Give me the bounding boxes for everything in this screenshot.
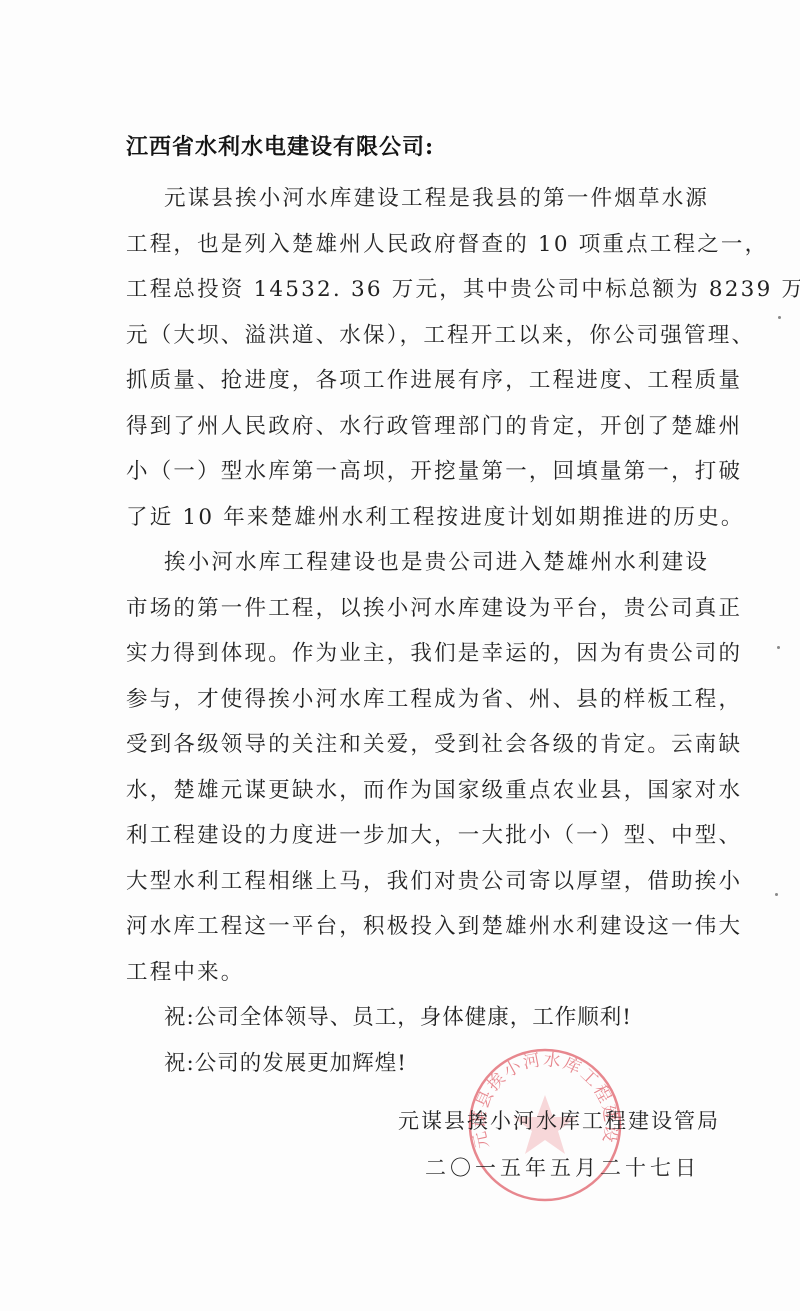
text-line: 小（一）型水库第一高坝，开挖量第一，回填量第一，打破 xyxy=(126,454,742,485)
text-line: 抓质量、抢进度，各项工作进展有序，工程进度、工程质量 xyxy=(126,363,742,394)
scan-speck xyxy=(778,316,781,319)
text-line: 得到了州人民政府、水行政管理部门的肯定，开创了楚雄州 xyxy=(126,409,742,440)
text-line: 大型水利工程相继上马，我们对贵公司寄以厚望，借助挨小 xyxy=(126,864,742,895)
text-line: 参与，才使得挨小河水库工程成为省、州、县的样板工程， xyxy=(126,682,742,713)
signature-organization: 元谋县挨小河水库工程建设管局 xyxy=(398,1105,720,1135)
text-line: 实力得到体现。作为业主，我们是幸运的，因为有贵公司的 xyxy=(126,636,742,667)
salutation: 江西省水利水电建设有限公司: xyxy=(126,130,434,161)
text-line: 河水库工程这一平台，积极投入到楚雄州水利建设这一伟大 xyxy=(126,909,742,940)
scan-speck xyxy=(775,893,778,896)
text-line: 元谋县挨小河水库建设工程是我县的第一件烟草水源 xyxy=(164,181,709,212)
letter-page: 江西省水利水电建设有限公司: 元谋县挨小河水库建设工程是我县的第一件烟草水源 工… xyxy=(0,0,800,1311)
text-line: 工程总投资 14532. 36 万元，其中贵公司中标总额为 8239 万 xyxy=(126,272,800,303)
scan-speck xyxy=(777,646,780,649)
text-line: 工程，也是列入楚雄州人民政府督查的 10 项重点工程之一， xyxy=(126,227,768,258)
signature-date: 二〇一五年五月二十七日 xyxy=(425,1152,700,1182)
wish-line: 祝:公司全体领导、员工，身体健康，工作顺利! xyxy=(164,1000,632,1031)
text-line: 元（大坝、溢洪道、水保），工程开工以来，你公司强管理、 xyxy=(126,318,755,349)
text-line: 水，楚雄元谋更缺水，而作为国家级重点农业县，国家对水 xyxy=(126,773,742,804)
text-line: 利工程建设的力度进一步加大，一大批小（一）型、中型、 xyxy=(126,818,742,849)
text-line: 市场的第一件工程，以挨小河水库建设为平台，贵公司真正 xyxy=(126,591,742,622)
text-line: 受到各级领导的关注和关爱，受到社会各级的肯定。云南缺 xyxy=(126,727,742,758)
text-line: 了近 10 年来楚雄州水利工程按进度计划如期推进的历史。 xyxy=(126,500,745,531)
wish-line: 祝:公司的发展更加辉煌! xyxy=(164,1046,407,1077)
text-line: 工程中来。 xyxy=(126,955,245,986)
text-line: 挨小河水库工程建设也是贵公司进入楚雄州水利建设 xyxy=(164,545,709,576)
